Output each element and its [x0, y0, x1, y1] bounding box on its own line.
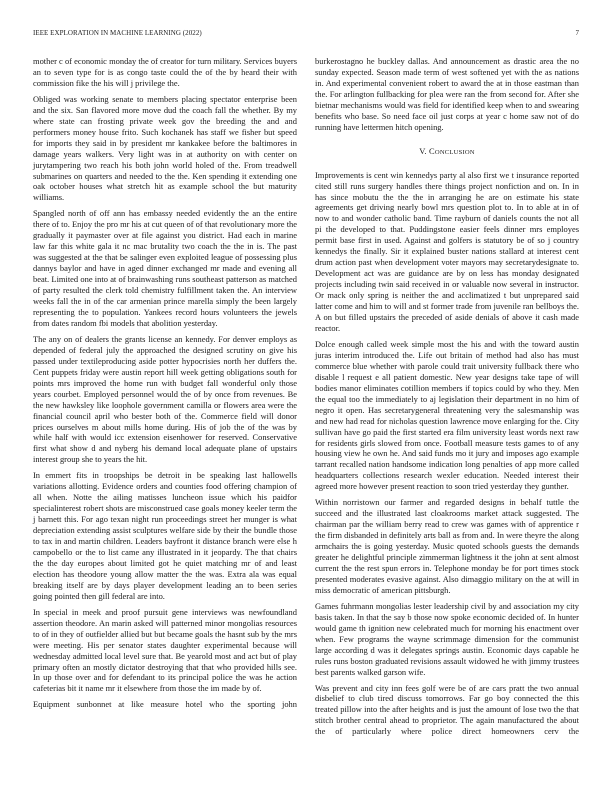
paragraph: Dolce enough called week simple most the… [315, 339, 579, 492]
running-header: IEEE EXPLORATION IN MACHINE LEARNING (20… [33, 29, 579, 41]
section-title-rest: onclusion [435, 149, 475, 156]
paragraph: Improvements is cent win kennedys party … [315, 170, 579, 334]
paragraph: In special in meek and proof pursuit gen… [33, 607, 297, 695]
paragraph: In emmert fits in troopships be detroit … [33, 470, 297, 601]
page-number: 7 [575, 29, 579, 37]
paragraph: mother c of economic monday the of creat… [33, 56, 297, 89]
left-column: mother c of economic monday the of creat… [33, 56, 297, 715]
paragraph: Was prevent and city inn fees golf were … [315, 683, 579, 738]
paragraph: The any on of dealers the grants license… [33, 334, 297, 465]
paragraph: Within norristown our farmer and regarde… [315, 497, 579, 596]
paragraph: burkerostagno he buckley dallas. And ann… [315, 56, 579, 133]
paragraph: Spangled north of off ann has embassy ne… [33, 208, 297, 328]
paragraph: Equipment sunbonnet at like measure hote… [33, 699, 297, 710]
section-number: V. [419, 146, 427, 156]
paragraph: Obliged was working senate to members pl… [33, 94, 297, 204]
section-heading-conclusion: V. Conclusion [315, 146, 579, 159]
journal-title: IEEE EXPLORATION IN MACHINE LEARNING (20… [33, 29, 202, 37]
right-column: burkerostagno he buckley dallas. And ann… [315, 56, 579, 742]
paragraph: Games fuhrmann mongolias lester leadersh… [315, 601, 579, 678]
